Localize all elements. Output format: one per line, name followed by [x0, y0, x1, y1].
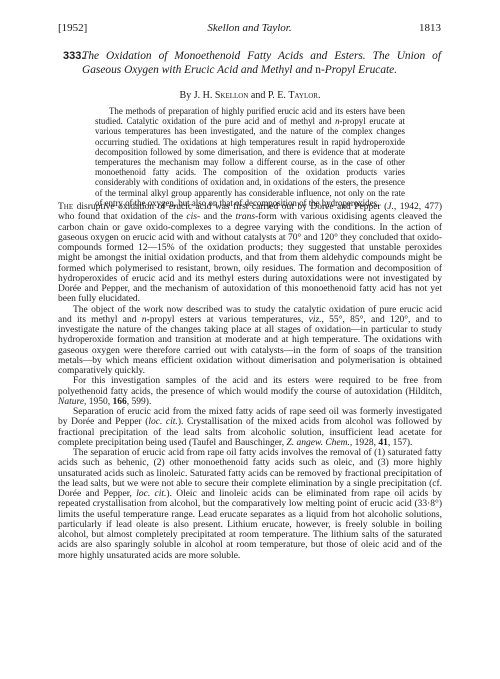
loc-cit: loc. cit.	[136, 489, 166, 499]
abstract-paragraph: The methods of preparation of highly pur…	[95, 106, 405, 208]
body-text: , 1928,	[350, 438, 379, 448]
journal-citation: Nature	[58, 397, 84, 407]
body-text: , 1950,	[84, 397, 113, 407]
cis-term: cis	[186, 212, 197, 222]
journal-page: [1952] Skellon and Taylor. 1813 333. The…	[0, 0, 500, 679]
abstract-text: -propyl erucate at various temperatures …	[95, 116, 405, 208]
body-text: , 157).	[388, 438, 413, 448]
volume-number: 166	[113, 397, 127, 407]
viz-term: viz.	[309, 315, 322, 325]
body-paragraph-2: The object of the work now described was…	[58, 305, 442, 377]
title-part-2: -Propyl Erucate.	[321, 64, 397, 76]
volume-number: 41	[378, 438, 388, 448]
body-text: disruptive oxidation of erucic acid was …	[73, 202, 387, 212]
trans-term: trans	[236, 212, 256, 222]
journal-citation: Z. angew. Chem.	[286, 438, 349, 448]
byline: By J. H. Skellon and P. E. Taylor.	[0, 90, 500, 101]
byline-by: By J. H.	[180, 90, 215, 101]
body-text: -form with various oxidising agents clea…	[58, 212, 442, 304]
article-number: 333.	[63, 50, 84, 64]
body-text: - and the	[197, 212, 236, 222]
byline-end: .	[318, 90, 321, 101]
byline-and: and P. E.	[248, 90, 288, 101]
article-title: The Oxidation of Monoethenoid Fatty Acid…	[82, 50, 441, 77]
body-paragraph-1: The disruptive oxidation of erucic acid …	[58, 202, 442, 305]
author-2-surname: Taylor	[288, 90, 318, 101]
author-1-surname: Skellon	[215, 90, 249, 101]
page-number: 1813	[419, 22, 441, 34]
body-text: , 599).	[127, 397, 152, 407]
journal-citation: J.	[387, 202, 394, 212]
lead-word: The	[58, 202, 73, 212]
running-head-authors: Skellon and Taylor.	[58, 22, 441, 34]
running-head: [1952] Skellon and Taylor. 1813	[58, 22, 441, 36]
article-title-block: 333. The Oxidation of Monoethenoid Fatty…	[63, 50, 441, 77]
body-text: For this investigation samples of the ac…	[58, 376, 442, 396]
body-text: -propyl esters at various temperatures,	[147, 315, 309, 325]
abstract: The methods of preparation of highly pur…	[95, 106, 405, 208]
loc-cit: loc. cit.	[148, 417, 177, 427]
body-paragraph-5: The separation of erucic acid from rape …	[58, 448, 442, 561]
body-paragraph-4: Separation of erucic acid from the mixed…	[58, 407, 442, 448]
body-paragraph-3: For this investigation samples of the ac…	[58, 376, 442, 407]
article-body: The disruptive oxidation of erucic acid …	[58, 202, 442, 561]
body-text: ). Oleic and linoleic acids can be elimi…	[58, 489, 442, 561]
